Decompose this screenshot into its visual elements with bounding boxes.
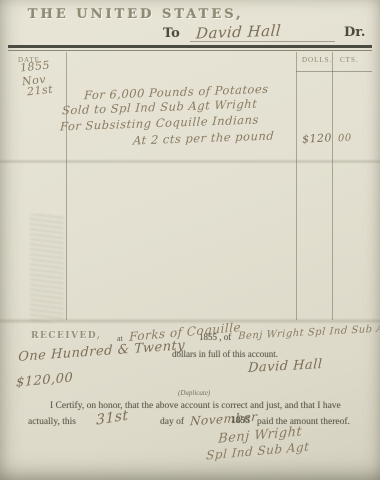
page-title: THE UNITED STATES,	[28, 7, 244, 22]
to-label: To	[163, 26, 180, 41]
cts-column-rule	[332, 52, 333, 320]
scanned-voucher-page: THE UNITED STATES, To David Hall Dr. DAT…	[0, 0, 380, 480]
certification-line-1: I Certify, on honor, that the above acco…	[50, 401, 341, 411]
certification-actually-this: actually, this	[28, 417, 76, 427]
duplicate-note: (Duplicate)	[178, 389, 210, 397]
date-column-rule	[66, 52, 67, 320]
header-double-rule	[8, 45, 372, 51]
amount-cents: 00	[338, 133, 352, 145]
certification-year-printed: 1855	[231, 416, 250, 426]
bleed-through-docket-text	[30, 214, 64, 322]
money-header-underline	[296, 71, 372, 72]
certification-day-of: day of	[160, 417, 184, 427]
dolls-column-header: DOLLS.	[302, 56, 332, 64]
cts-column-header: CTS.	[340, 56, 359, 64]
payee-underline	[190, 41, 335, 42]
entry-date-day: 21st	[26, 83, 53, 99]
dr-label: Dr.	[344, 25, 365, 40]
received-year-printed: 1855 , of	[199, 332, 231, 342]
payee-name-handwritten: David Hall	[195, 21, 281, 42]
certification-paid-text: paid the amount thereof.	[257, 417, 350, 427]
dolls-column-rule	[296, 52, 297, 320]
fold-crease-upper	[0, 159, 380, 164]
amount-dollars: $120	[302, 131, 333, 146]
dollars-in-full-text: dollars in full of this account.	[172, 349, 278, 359]
received-label: RECEIVED,	[31, 331, 102, 341]
